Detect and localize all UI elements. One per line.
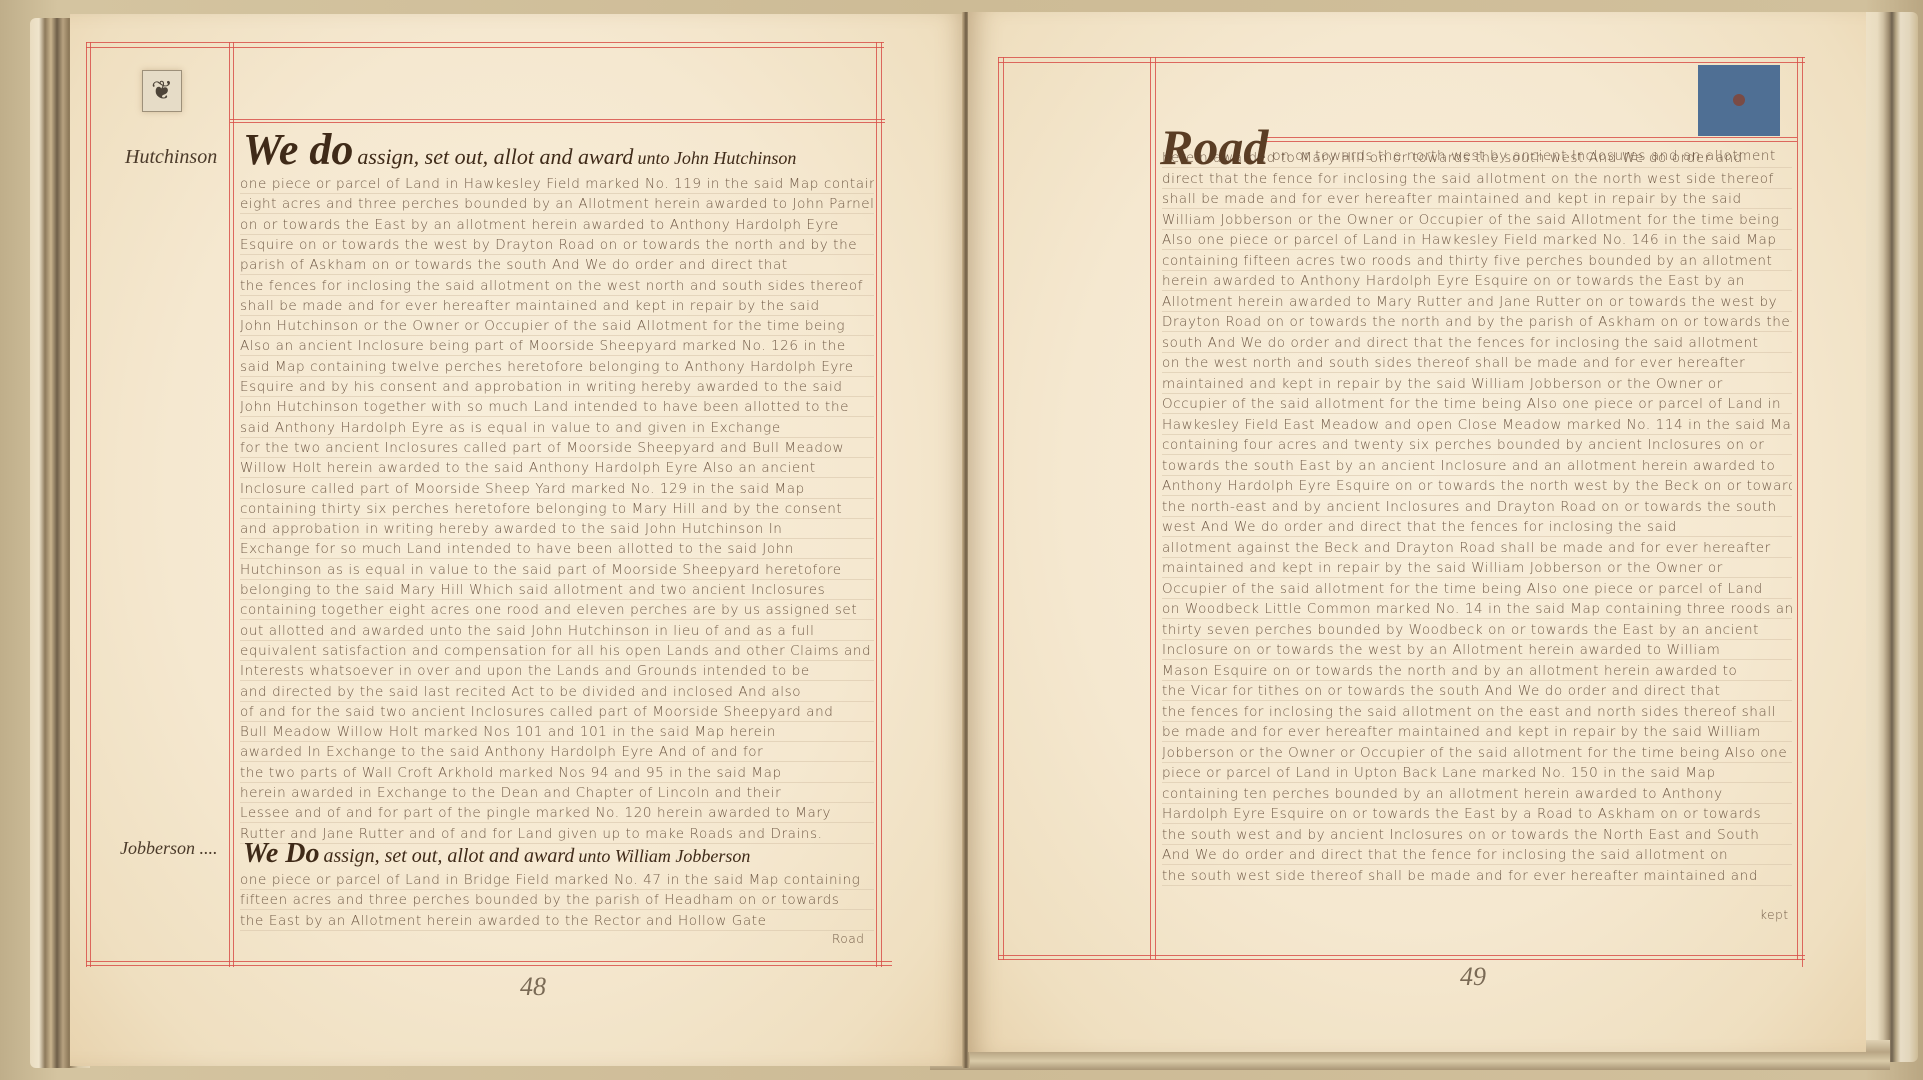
manuscript-line: piece or parcel of Land in Upton Back La…	[1162, 765, 1792, 781]
ruled-guide-line	[1162, 229, 1792, 230]
manuscript-line: the fences for inclosing the said allotm…	[240, 278, 874, 294]
ruled-guide-line	[1162, 311, 1792, 312]
manuscript-line: Also one piece or parcel of Land in Hawk…	[1162, 232, 1792, 248]
manuscript-line: Bull Meadow Willow Holt marked Nos 101 a…	[240, 724, 874, 740]
second-heading-initial: We Do	[243, 838, 319, 869]
manuscript-line: containing ten perches bounded by an all…	[1162, 786, 1792, 802]
ruled-guide-line	[240, 930, 874, 931]
ruled-guide-line	[1162, 372, 1792, 373]
ruled-guide-line	[1162, 639, 1792, 640]
ruled-guide-line	[240, 802, 874, 803]
ruled-guide-line	[1162, 167, 1792, 168]
manuscript-line: said Anthony Hardolph Eyre as is equal i…	[240, 420, 874, 436]
ruled-guide-line	[240, 909, 874, 910]
right-page-stack-edges	[1860, 12, 1918, 1062]
manuscript-line: herein awarded to Anthony Hardolph Eyre …	[1162, 273, 1792, 289]
manuscript-line: towards the south East by an ancient Inc…	[1162, 458, 1792, 474]
ruled-guide-line	[240, 680, 874, 681]
manuscript-line: John Hutchinson together with so much La…	[240, 399, 874, 415]
ruled-guide-line	[240, 721, 874, 722]
ruled-guide-line	[240, 889, 874, 890]
manuscript-line: on the west north and south sides thereo…	[1162, 355, 1792, 371]
manuscript-line: Inclosure called part of Moorside Sheep …	[240, 481, 874, 497]
manuscript-line: said Map containing twelve perches heret…	[240, 359, 874, 375]
manuscript-line: the two parts of Wall Croft Arkhold mark…	[240, 765, 874, 781]
manuscript-line: Interests whatsoever in over and upon th…	[240, 663, 874, 679]
ruled-guide-line	[1162, 208, 1792, 209]
ruled-guide-line	[240, 498, 874, 499]
ruled-guide-line	[1162, 803, 1792, 804]
heading-initial: We do	[243, 125, 353, 174]
manuscript-line: out allotted and awarded unto the said J…	[240, 623, 874, 639]
ruled-guide-line	[240, 701, 874, 702]
embossed-seal-stamp: ❦	[142, 70, 182, 112]
manuscript-line: of and for the said two ancient Inclosur…	[240, 704, 874, 720]
manuscript-line: John Hutchinson or the Owner or Occupier…	[240, 318, 874, 334]
manuscript-line: direct that the fence for inclosing the …	[1162, 171, 1792, 187]
manuscript-line: parish of Askham on or towards the south…	[240, 257, 874, 273]
page-number-left: 48	[520, 972, 546, 1002]
manuscript-line: Hutchinson as is equal in value to the s…	[240, 562, 874, 578]
manuscript-line: one piece or parcel of Land in Bridge Fi…	[240, 872, 874, 888]
ruled-guide-line	[240, 416, 874, 417]
manuscript-line: Hawkesley Field East Meadow and open Clo…	[1162, 417, 1792, 433]
ruled-guide-line	[240, 538, 874, 539]
ruled-guide-line	[240, 457, 874, 458]
manuscript-line: Jobberson or the Owner or Occupier of th…	[1162, 745, 1792, 761]
ruled-guide-line	[240, 315, 874, 316]
manuscript-line: shall be made and for ever hereafter mai…	[240, 298, 874, 314]
ruled-guide-line	[1162, 393, 1792, 394]
ruled-guide-line	[240, 295, 874, 296]
manuscript-line: be made and for ever hereafter maintaine…	[1162, 724, 1792, 740]
manuscript-line: on or towards the East by an allotment h…	[240, 217, 874, 233]
second-heading-text: assign, set out, allot and award	[323, 845, 574, 867]
ruled-guide-line	[240, 518, 874, 519]
ruled-guide-line	[1162, 598, 1792, 599]
manuscript-line: allotment against the Beck and Drayton R…	[1162, 540, 1792, 556]
ruled-guide-line	[1162, 577, 1792, 578]
ruled-guide-line	[240, 599, 874, 600]
manuscript-line: for the two ancient Inclosures called pa…	[240, 440, 874, 456]
second-heading-name: unto William Jobberson	[578, 846, 750, 866]
page-number-right: 49	[1460, 962, 1486, 992]
manuscript-line: Allotment herein awarded to Mary Rutter …	[1162, 294, 1792, 310]
manuscript-line: the Vicar for tithes on or towards the s…	[1162, 683, 1792, 699]
ruled-guide-line	[240, 335, 874, 336]
ruled-guide-line	[240, 254, 874, 255]
left-catchword: Road	[832, 932, 865, 946]
manuscript-line: one piece or parcel of Land in Hawkesley…	[240, 176, 874, 192]
manuscript-line: the north-east and by ancient Inclosures…	[1162, 499, 1792, 515]
right-catchword: kept	[1760, 908, 1789, 922]
ruled-guide-line	[1162, 741, 1792, 742]
manuscript-line: maintained and kept in repair by the sai…	[1162, 560, 1792, 576]
manuscript-line: And We do order and direct that the fenc…	[1162, 847, 1792, 863]
ruled-guide-line	[240, 477, 874, 478]
manuscript-line: Esquire and by his consent and approbati…	[240, 379, 874, 395]
manuscript-line: Mason Esquire on or towards the north an…	[1162, 663, 1792, 679]
ruled-guide-line	[240, 355, 874, 356]
manuscript-line: equivalent satisfaction and compensation…	[240, 643, 874, 659]
manuscript-line: thirty seven perches bounded by Woodbeck…	[1162, 622, 1792, 638]
ruled-guide-line	[1162, 434, 1792, 435]
ruled-guide-line	[1162, 352, 1792, 353]
ruled-guide-line	[1162, 536, 1792, 537]
ruled-guide-line	[1162, 413, 1792, 414]
manuscript-line: Willow Holt herein awarded to the said A…	[240, 460, 874, 476]
manuscript-line: herein awarded in Exchange to the Dean a…	[240, 785, 874, 801]
manuscript-line: awarded In Exchange to the said Anthony …	[240, 744, 874, 760]
manuscript-line: Drayton Road on or towards the north and…	[1162, 314, 1792, 330]
ruled-guide-line	[1162, 823, 1792, 824]
ruled-guide-line	[240, 761, 874, 762]
manuscript-line: west And We do order and direct that the…	[1162, 519, 1792, 535]
manuscript-line: the south west side thereof shall be mad…	[1162, 868, 1792, 884]
left-second-heading: We Do assign, set out, allot and award u…	[243, 838, 750, 870]
ruled-guide-line	[240, 213, 874, 214]
manuscript-line: the fences for inclosing the said allotm…	[1162, 704, 1792, 720]
ruled-guide-line	[240, 193, 874, 194]
ruled-guide-line	[1162, 885, 1792, 886]
manuscript-line: belonging to the said Mary Hill Which sa…	[240, 582, 874, 598]
ruled-guide-line	[240, 660, 874, 661]
ruled-guide-line	[1162, 188, 1792, 189]
manuscript-line: fifteen acres and three perches bounded …	[240, 892, 874, 908]
manuscript-line: containing together eight acres one rood…	[240, 602, 874, 618]
manuscript-line: Hardolph Eyre Esquire on or towards the …	[1162, 806, 1792, 822]
heading-name: unto John Hutchinson	[637, 148, 796, 168]
ruled-guide-line	[240, 640, 874, 641]
manuscript-line: and directed by the said last recited Ac…	[240, 684, 874, 700]
ruled-guide-line	[1162, 290, 1792, 291]
ruled-guide-line	[1162, 721, 1792, 722]
manuscript-line: south And We do order and direct that th…	[1162, 335, 1792, 351]
margin-name-jobberson: Jobberson ....	[120, 838, 218, 859]
ruled-guide-line	[240, 822, 874, 823]
manuscript-line: the south west and by ancient Inclosures…	[1162, 827, 1792, 843]
manuscript-line: Occupier of the said allotment for the t…	[1162, 581, 1792, 597]
ruled-guide-line	[240, 376, 874, 377]
manuscript-line: Lessee and of and for part of the pingle…	[240, 805, 874, 821]
manuscript-line: eight acres and three perches bounded by…	[240, 196, 874, 212]
manuscript-line: herein awarded to Mary Hill on or toward…	[1162, 150, 1792, 166]
ruled-guide-line	[240, 396, 874, 397]
ruled-guide-line	[1162, 618, 1792, 619]
manuscript-line: Also an ancient Inclosure being part of …	[240, 338, 874, 354]
heading-text: assign, set out, allot and award	[357, 144, 633, 169]
manuscript-line: Occupier of the said allotment for the t…	[1162, 396, 1792, 412]
manuscript-line: Anthony Hardolph Eyre Esquire on or towa…	[1162, 478, 1792, 494]
manuscript-line: containing four acres and twenty six per…	[1162, 437, 1792, 453]
manuscript-line: and approbation in writing hereby awarde…	[240, 521, 874, 537]
ruled-guide-line	[1162, 782, 1792, 783]
ruled-guide-line	[240, 741, 874, 742]
ruled-guide-line	[1162, 680, 1792, 681]
ruled-guide-line	[240, 782, 874, 783]
ruled-guide-line	[240, 234, 874, 235]
manuscript-line: Exchange for so much Land intended to ha…	[240, 541, 874, 557]
ruled-guide-line	[1162, 475, 1792, 476]
seal-icon: ❦	[143, 71, 181, 111]
ruled-guide-line	[1162, 557, 1792, 558]
ruled-guide-line	[1162, 659, 1792, 660]
manuscript-line: shall be made and for ever hereafter mai…	[1162, 191, 1792, 207]
stamp-seal-dot-icon	[1733, 94, 1745, 106]
ruled-guide-line	[1162, 700, 1792, 701]
ruled-guide-line	[240, 274, 874, 275]
ruled-guide-line	[1162, 516, 1792, 517]
ruled-guide-line	[240, 558, 874, 559]
left-heading: We do assign, set out, allot and award u…	[243, 124, 796, 175]
manuscript-line: maintained and kept in repair by the sai…	[1162, 376, 1792, 392]
ruled-guide-line	[1162, 762, 1792, 763]
ruled-guide-line	[1162, 844, 1792, 845]
manuscript-line: Inclosure on or towards the west by an A…	[1162, 642, 1792, 658]
ruled-guide-line	[1162, 495, 1792, 496]
ruled-guide-line	[1162, 249, 1792, 250]
ruled-guide-line	[240, 579, 874, 580]
manuscript-line: containing thirty six perches heretofore…	[240, 501, 874, 517]
manuscript-line: the East by an Allotment herein awarded …	[240, 913, 874, 929]
manuscript-line: on Woodbeck Little Common marked No. 14 …	[1162, 601, 1792, 617]
manuscript-line: containing fifteen acres two roods and t…	[1162, 253, 1792, 269]
ruled-guide-line	[1162, 864, 1792, 865]
ruled-guide-line	[1162, 454, 1792, 455]
margin-name-hutchinson: Hutchinson	[125, 146, 217, 169]
manuscript-line: Esquire on or towards the west by Drayto…	[240, 237, 874, 253]
ruled-guide-line	[240, 619, 874, 620]
manuscript-line: William Jobberson or the Owner or Occupi…	[1162, 212, 1792, 228]
ruled-guide-line	[1162, 331, 1792, 332]
ruled-guide-line	[1162, 270, 1792, 271]
ruled-guide-line	[240, 437, 874, 438]
